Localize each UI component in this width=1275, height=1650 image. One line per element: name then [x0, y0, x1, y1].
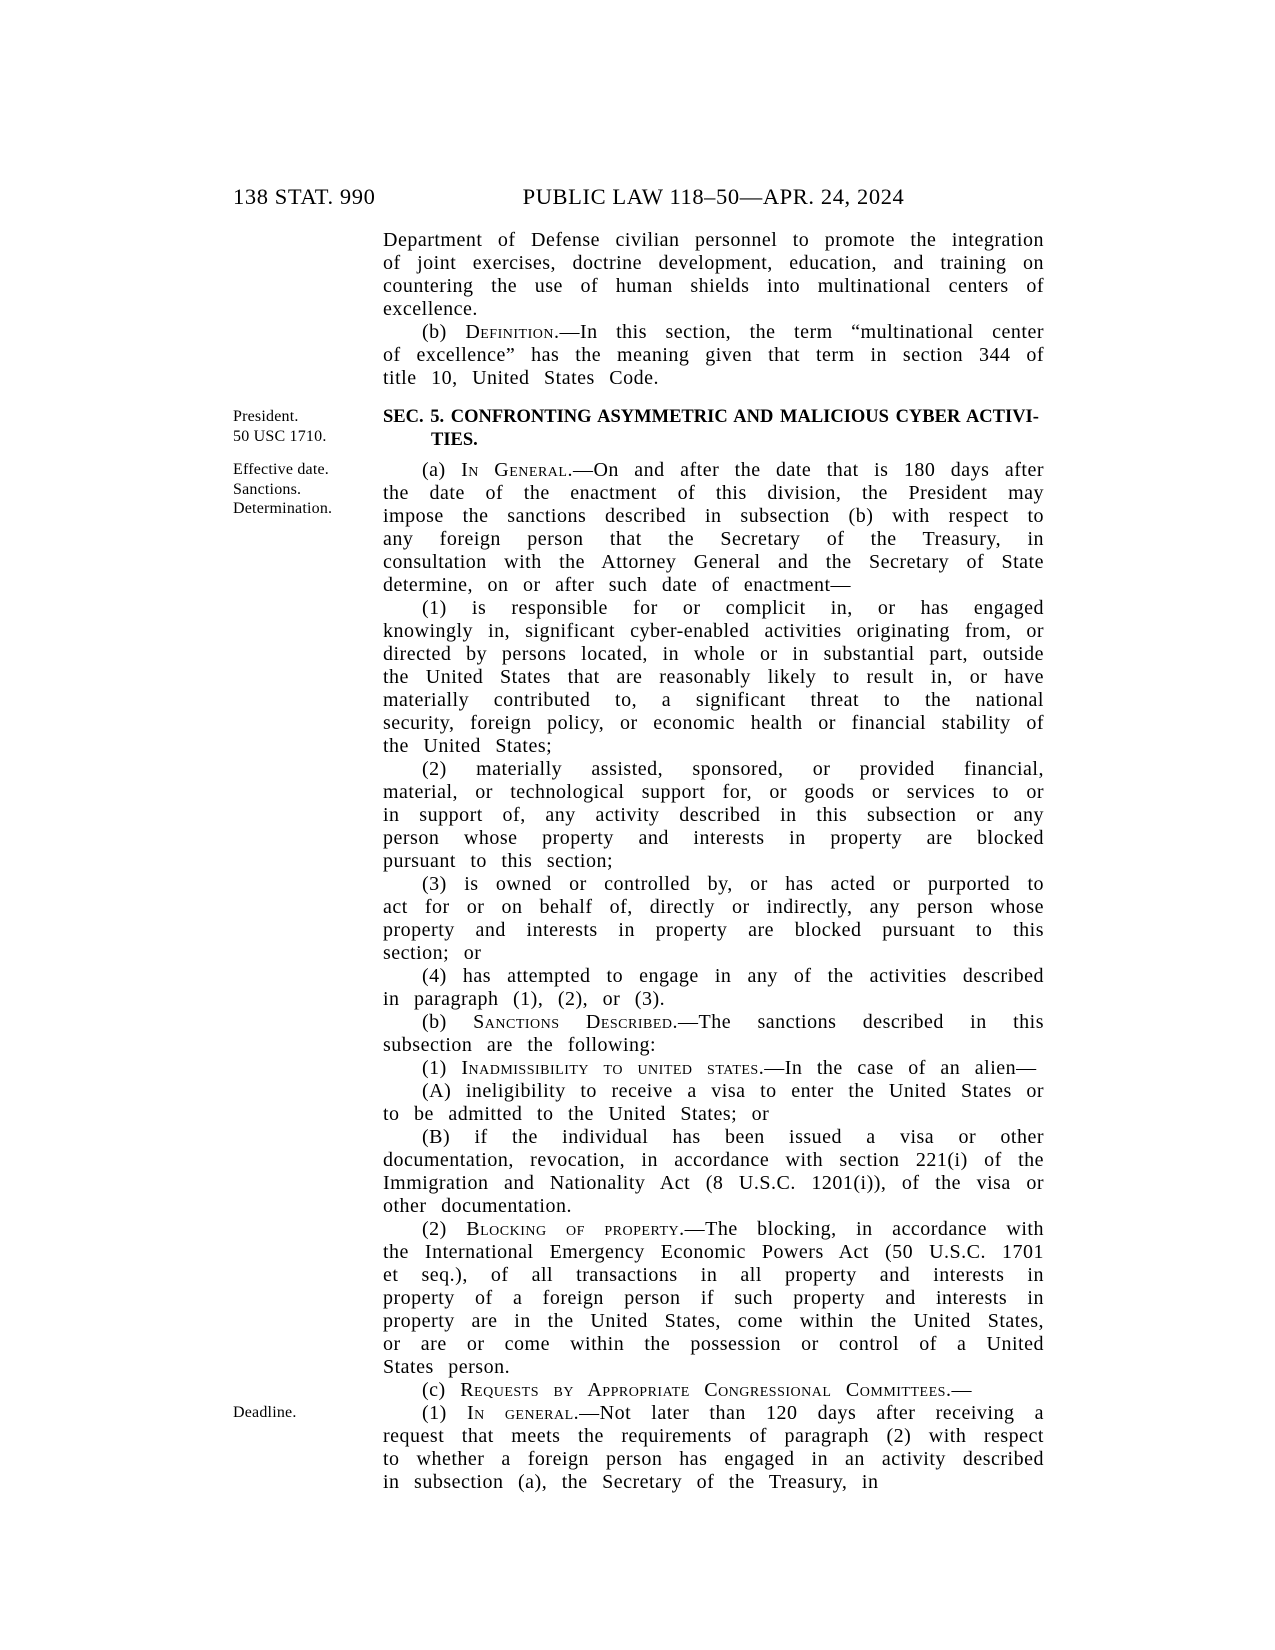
smallcaps-run: Definition	[465, 321, 554, 343]
text-run: (1)	[422, 1402, 467, 1424]
margin-note: Effective date.Sanctions.Determination.	[233, 460, 375, 519]
text-run: .—In the case of an alien—	[759, 1057, 1037, 1079]
smallcaps-run: In general	[467, 1402, 574, 1424]
text-run: (2)	[422, 1218, 466, 1240]
text-run: .—	[946, 1379, 972, 1401]
statute-paragraph: Department of Defense civilian personnel…	[383, 229, 1044, 321]
paragraph-text: (b) Sanctions Described.—The sanctions d…	[383, 1011, 1044, 1057]
statute-paragraph: (3) is owned or controlled by, or has ac…	[383, 873, 1044, 965]
text-run: (3) is owned or controlled by, or has ac…	[383, 873, 1044, 964]
paragraph-text: (2) Blocking of property.—The blocking, …	[383, 1218, 1044, 1379]
margin-note-line: Determination.	[233, 499, 375, 519]
text-run: (1) is responsible for or complicit in, …	[383, 597, 1044, 757]
text-run: (A) ineligibility to receive a visa to e…	[383, 1080, 1044, 1125]
margin-note-line: Deadline.	[233, 1403, 375, 1423]
statute-paragraph: (B) if the individual has been issued a …	[383, 1126, 1044, 1218]
public-law-running-header: PUBLIC LAW 118–50—APR. 24, 2024	[383, 184, 1044, 210]
paragraph-text: (4) has attempted to engage in any of th…	[383, 965, 1044, 1011]
paragraph-text: (1) is responsible for or complicit in, …	[383, 597, 1044, 758]
text-run: (2) materially assisted, sponsored, or p…	[383, 758, 1044, 872]
statute-paragraph: (b) Sanctions Described.—The sanctions d…	[383, 1011, 1044, 1057]
paragraph-text: (c) Requests by Appropriate Congressiona…	[383, 1379, 1044, 1402]
stat-page-number: 138 STAT. 990	[233, 184, 375, 210]
statute-paragraph: (A) ineligibility to receive a visa to e…	[383, 1080, 1044, 1126]
text-run: (c)	[422, 1379, 460, 1401]
statute-paragraph: (4) has attempted to engage in any of th…	[383, 965, 1044, 1011]
margin-note: President.50 USC 1710.	[233, 407, 375, 446]
paragraph-text: (A) ineligibility to receive a visa to e…	[383, 1080, 1044, 1126]
statute-paragraph: (2) Blocking of property.—The blocking, …	[383, 1218, 1044, 1379]
paragraph-text: (B) if the individual has been issued a …	[383, 1126, 1044, 1218]
text-run: (1)	[422, 1057, 461, 1079]
section-heading: SEC. 5. CONFRONTING ASYMMETRIC AND MALIC…	[383, 406, 1044, 452]
margin-note-line: Sanctions.	[233, 480, 375, 500]
text-run: (a)	[422, 459, 461, 481]
text-run: (B) if the individual has been issued a …	[383, 1126, 1044, 1217]
margin-note: Deadline.	[233, 1403, 375, 1423]
text-run: (4) has attempted to engage in any of th…	[383, 965, 1044, 1010]
paragraph-text: (3) is owned or controlled by, or has ac…	[383, 873, 1044, 965]
statute-paragraph: (c) Requests by Appropriate Congressiona…	[383, 1379, 1044, 1402]
smallcaps-run: In General	[461, 459, 567, 481]
paragraph-text: (2) materially assisted, sponsored, or p…	[383, 758, 1044, 873]
statute-page: 138 STAT. 990 PUBLIC LAW 118–50—APR. 24,…	[0, 0, 1275, 1650]
section-heading-line: TIES.	[431, 429, 1044, 452]
smallcaps-run: Blocking of property	[466, 1218, 679, 1240]
margin-note-line: President.	[233, 407, 375, 427]
paragraph-text: (a) In General.—On and after the date th…	[383, 459, 1044, 597]
margin-note-line: 50 USC 1710.	[233, 427, 375, 447]
smallcaps-run: Sanctions Described	[473, 1011, 672, 1033]
margin-note-line: Effective date.	[233, 460, 375, 480]
text-column: Department of Defense civilian personnel…	[383, 229, 1044, 1494]
paragraph-text: (b) Definition.—In this section, the ter…	[383, 321, 1044, 390]
statute-paragraph: (1) is responsible for or complicit in, …	[383, 597, 1044, 758]
smallcaps-run: Requests by Appropriate Congressional Co…	[460, 1379, 946, 1401]
text-run: .—The blocking, in accordance with the I…	[383, 1218, 1044, 1378]
text-run: Department of Defense civilian personnel…	[383, 229, 1044, 320]
text-run: (b)	[422, 321, 465, 343]
statute-paragraph: (1) Inadmissibility to united states.—In…	[383, 1057, 1044, 1080]
paragraph-text: (1) Inadmissibility to united states.—In…	[383, 1057, 1044, 1080]
statute-paragraph: (1) In general.—Not later than 120 days …	[383, 1402, 1044, 1494]
statute-paragraph: (b) Definition.—In this section, the ter…	[383, 321, 1044, 390]
paragraph-text: Department of Defense civilian personnel…	[383, 229, 1044, 321]
smallcaps-run: Inadmissibility to united states	[461, 1057, 758, 1079]
statute-paragraph: (2) materially assisted, sponsored, or p…	[383, 758, 1044, 873]
text-run: (b)	[422, 1011, 473, 1033]
section-heading-line: SEC. 5. CONFRONTING ASYMMETRIC AND MALIC…	[383, 406, 1044, 429]
paragraph-text: (1) In general.—Not later than 120 days …	[383, 1402, 1044, 1494]
statute-paragraph: (a) In General.—On and after the date th…	[383, 459, 1044, 597]
